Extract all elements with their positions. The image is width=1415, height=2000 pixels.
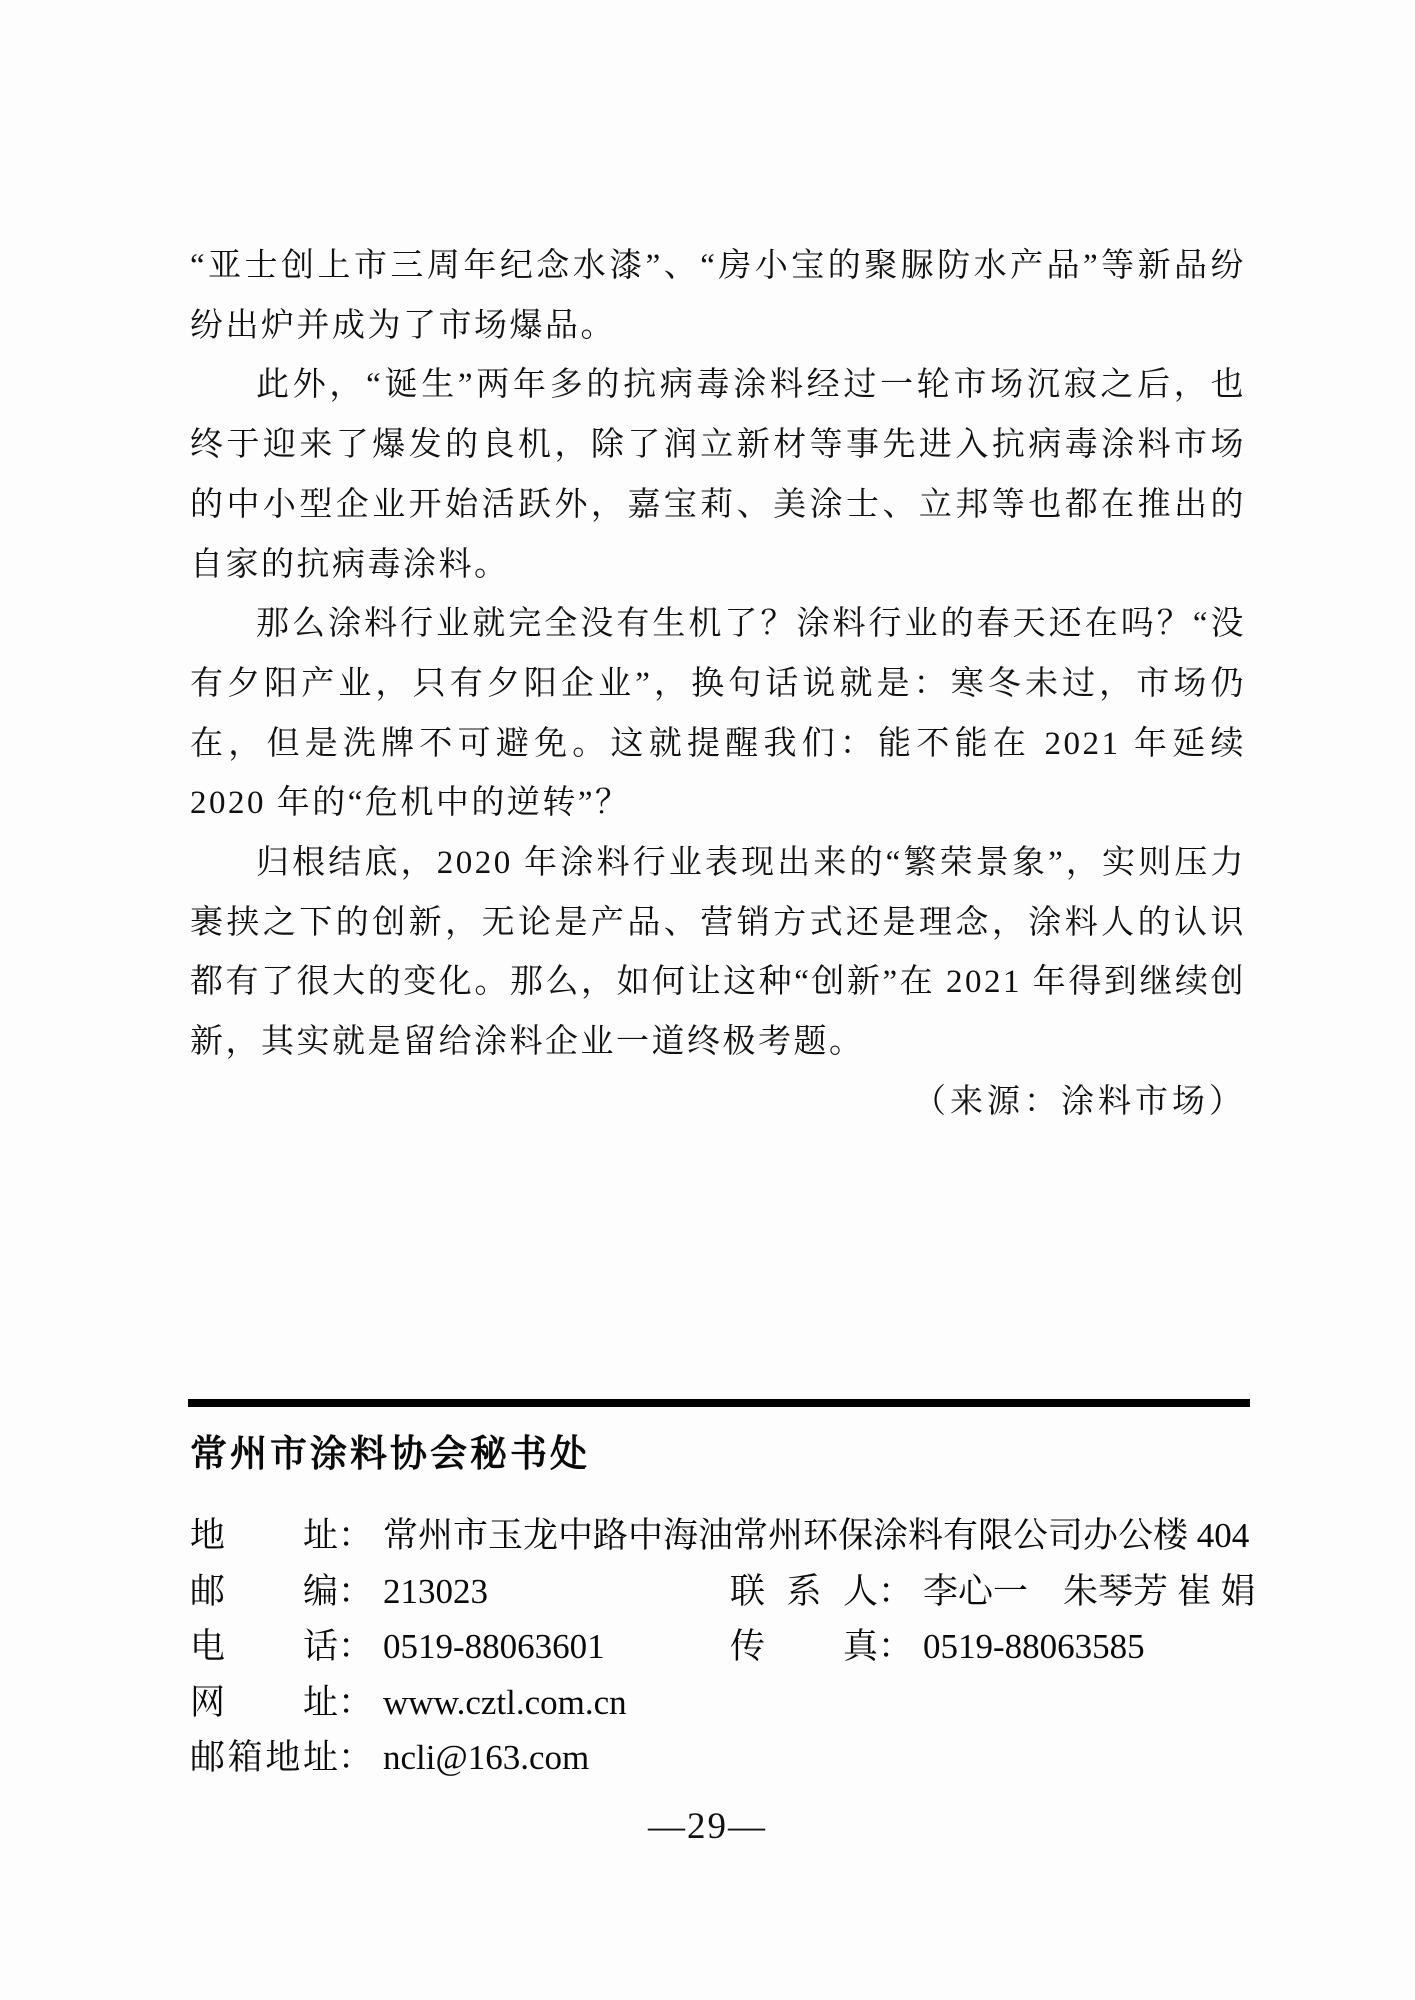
colon: ：	[338, 1730, 373, 1786]
contact-label: 电话	[190, 1619, 338, 1675]
contact-row-website: 网址：www.cztl.com.cn	[190, 1675, 1260, 1731]
colon: ：	[338, 1508, 373, 1564]
contact-label: 地址	[190, 1508, 338, 1564]
contact-block: 地址：常州市玉龙中路中海油常州环保涂料有限公司办公楼 404 邮编：213023…	[190, 1508, 1260, 1786]
contact-label: 邮编	[190, 1564, 338, 1620]
contact-row-address: 地址：常州市玉龙中路中海油常州环保涂料有限公司办公楼 404	[190, 1508, 1260, 1564]
contact-label: 网址	[190, 1675, 338, 1731]
colon: ：	[878, 1564, 913, 1620]
contact-label: 传真	[730, 1619, 878, 1675]
contact-value-phone: 0519-88063601	[383, 1627, 605, 1666]
body-paragraph: 那么涂料行业就完全没有生机了？涂料行业的春天还在吗？“没有夕阳产业，只有夕阳企业…	[190, 595, 1246, 834]
page-number: —29—	[0, 1805, 1415, 1848]
colon: ：	[338, 1619, 373, 1675]
article-body: “亚士创上市三周年纪念水漆”、“房小宝的聚脲防水产品”等新品纷纷出炉并成为了市场…	[190, 237, 1246, 1133]
contact-row-phone: 电话：0519-88063601 传真：0519-88063585	[190, 1619, 1260, 1675]
colon: ：	[338, 1675, 373, 1731]
contact-value-fax: 0519-88063585	[923, 1627, 1145, 1666]
contact-value-website: www.cztl.com.cn	[383, 1683, 627, 1722]
contact-col2: 传真：0519-88063585	[730, 1619, 1145, 1675]
colon: ：	[878, 1619, 913, 1675]
contact-col2: 联系人：李心一 朱琴芳 崔 娟	[730, 1564, 1256, 1620]
body-paragraph: 归根结底，2020 年涂料行业表现出来的“繁荣景象”，实则压力裹挟之下的创新，无…	[190, 834, 1246, 1073]
contact-value-email: ncli@163.com	[383, 1738, 589, 1777]
contact-label: 联系人	[730, 1564, 878, 1620]
contact-value-address: 常州市玉龙中路中海油常州环保涂料有限公司办公楼 404	[383, 1516, 1249, 1555]
contact-row-postcode: 邮编：213023 联系人：李心一 朱琴芳 崔 娟	[190, 1564, 1260, 1620]
colon: ：	[338, 1564, 373, 1620]
contact-value-persons: 李心一 朱琴芳 崔 娟	[923, 1572, 1256, 1611]
contact-row-email: 邮箱地址：ncli@163.com	[190, 1730, 1260, 1786]
organization-name: 常州市涂料协会秘书处	[190, 1423, 590, 1477]
footer-divider	[188, 1399, 1250, 1407]
contact-label: 邮箱地址	[190, 1730, 338, 1786]
document-page: “亚士创上市三周年纪念水漆”、“房小宝的聚脲防水产品”等新品纷纷出炉并成为了市场…	[0, 0, 1415, 2000]
source-attribution: （来源：涂料市场）	[190, 1073, 1246, 1133]
body-paragraph: “亚士创上市三周年纪念水漆”、“房小宝的聚脲防水产品”等新品纷纷出炉并成为了市场…	[190, 237, 1246, 356]
contact-value-postcode: 213023	[383, 1572, 488, 1611]
body-paragraph: 此外，“诞生”两年多的抗病毒涂料经过一轮市场沉寂之后，也终于迎来了爆发的良机，除…	[190, 356, 1246, 595]
